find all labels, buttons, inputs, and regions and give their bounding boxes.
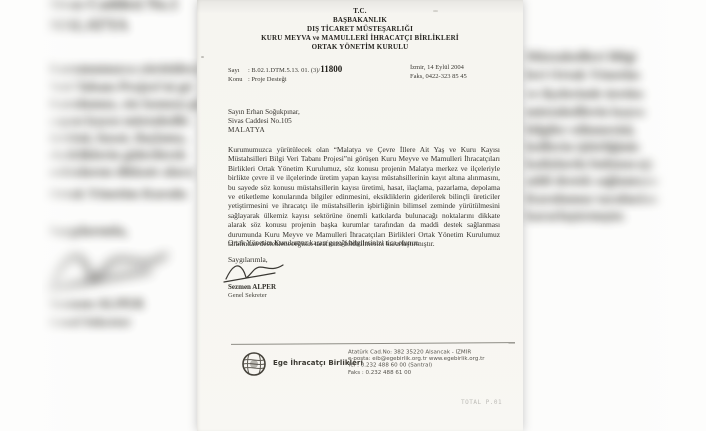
blurred-text-line: leri Ortak Yönetim: [526, 68, 641, 84]
blurred-text-line: addi destek sağlanması: [526, 173, 659, 189]
signature-icon: [223, 259, 288, 284]
blurred-text-line: Genel Sekreter: [48, 314, 131, 330]
blurred-text-line: müstahsillerin kayısı: [526, 104, 646, 120]
blurred-text-line: hsillerin işbirliğinin: [526, 139, 640, 155]
recipient-street: Sivas Caddesi No.105: [228, 117, 300, 126]
signer-title: Genel Sekreter: [228, 292, 267, 299]
blurred-text-line: Kurulumuz, söz konusu pr: [48, 96, 202, 112]
sayi-value: : B.02.1.DTM.5.13. 01. (3)/: [248, 67, 320, 74]
body-paragraph: Kurumumuzca yürütülecek olan “Malatya ve…: [228, 145, 500, 248]
blurred-text-line: Sezmen ALPER: [48, 297, 144, 313]
dateline: İzmir, 14 Eylül 2004 Faks, 0422-323 85 4…: [410, 63, 467, 81]
letterhead: T.C. BAŞBAKANLIK DIŞ TİCARET MÜSTEŞARLIĞ…: [197, 7, 523, 52]
blurred-signature-scribble: [46, 243, 176, 298]
blurred-text-line: noktalarını dikkate alara: [48, 164, 193, 180]
konu-row: Konu: Proje Desteği: [228, 76, 342, 85]
blurred-text-line: Sivas Caddesi No.1: [48, 0, 178, 14]
letterhead-line: DIŞ TİCARET MÜSTEŞARLIĞI: [197, 25, 523, 34]
footer-address-line: e-posta: eib@egebirlik.org.tr www.egebir…: [348, 356, 485, 363]
signature-icon: [46, 243, 176, 293]
blurred-text-line: üretimi, hasat, ilaçlama,: [48, 130, 187, 146]
blurred-text-line: Ortak Yönetim Kurulu: [48, 187, 187, 203]
letterhead-line: BAŞBAKANLIK: [197, 16, 523, 25]
sayi-number: 11800: [320, 64, 342, 74]
scan-artifact-speck: [433, 10, 438, 12]
konu-label: Konu: [228, 76, 248, 85]
blurred-text-line: Kurumumuzca yürütülece: [48, 61, 201, 77]
ege-birlik-logo-icon: [241, 351, 267, 382]
blurred-text-line: Kurulumuz tarafından: [526, 191, 658, 207]
recipient-name: Sayın Erhan Soğukpınar,: [228, 108, 300, 117]
blurred-text-line: ve ilçelerinde üretim: [526, 86, 644, 102]
blurred-page-edge-right: Müstahsilleri Bilgi leri Ortak Yönetim v…: [520, 0, 680, 431]
blurred-text-line: yapan kayısı müstahsille: [48, 113, 189, 129]
blurred-text-line: eksikliklerin giderilerek: [48, 147, 186, 163]
blurred-text-line: katkılarda bulunacağı: [526, 156, 654, 172]
footer-divider: [231, 342, 515, 345]
blurred-text-line: Müstahsilleri Bilgi: [526, 50, 637, 66]
place-date: İzmir, 14 Eylül 2004: [410, 63, 467, 72]
fax-page-marker: TOTAL P.01: [461, 399, 502, 406]
blurred-text-line: kararlaştırmıştır.: [526, 208, 626, 224]
recipient-city: MALATYA: [228, 126, 300, 135]
sayi-row: Sayı: B.02.1.DTM.5.13. 01. (3)/11800: [228, 65, 342, 76]
blurred-page-edge-left: Sivas Caddesi No.1 MALATYA Kurumumuzca y…: [42, 0, 202, 431]
reference-block: Sayı: B.02.1.DTM.5.13. 01. (3)/11800 Kon…: [228, 65, 342, 84]
scan-artifact-speck: [201, 56, 204, 58]
footer-address-line: Faks : 0.232 488 61 00: [348, 369, 485, 376]
closing-line: Ortak Yönetim Kurulumuz kararı gereği bi…: [228, 238, 419, 247]
blurred-text-line: Saygılarımla,: [48, 224, 128, 240]
fax-number: Faks, 0422-323 85 45: [410, 72, 467, 81]
blurred-text-line: Veri Tabanı Projesi’ni gö: [48, 79, 192, 95]
letterhead-line: ORTAK YÖNETİM KURULU: [197, 43, 523, 52]
blurred-text-line: bilgiler edinmesini,: [526, 122, 636, 138]
letterhead-line: T.C.: [197, 7, 523, 16]
footer-address-line: Tel : 0.232 488 60 00 (Santral): [348, 362, 485, 369]
blurred-text-line: MALATYA: [48, 17, 128, 35]
signer-name: Sezmen ALPER: [228, 283, 276, 291]
footer-address-line: Atatürk Cad.No: 382 35220 Alsancak - İZM…: [348, 349, 485, 356]
letter-page: T.C. BAŞBAKANLIK DIŞ TİCARET MÜSTEŞARLIĞ…: [197, 0, 523, 431]
scanned-letter-photo: Sivas Caddesi No.1 MALATYA Kurumumuzca y…: [0, 0, 706, 431]
sayi-label: Sayı: [228, 67, 248, 76]
konu-value: : Proje Desteği: [248, 76, 287, 83]
recipient-address: Sayın Erhan Soğukpınar, Sivas Caddesi No…: [228, 108, 300, 136]
footer-address-block: Atatürk Cad.No: 382 35220 Alsancak - İZM…: [348, 349, 485, 376]
letterhead-line: KURU MEYVA ve MAMULLERİ İHRACATÇI BİRLİK…: [197, 34, 523, 43]
